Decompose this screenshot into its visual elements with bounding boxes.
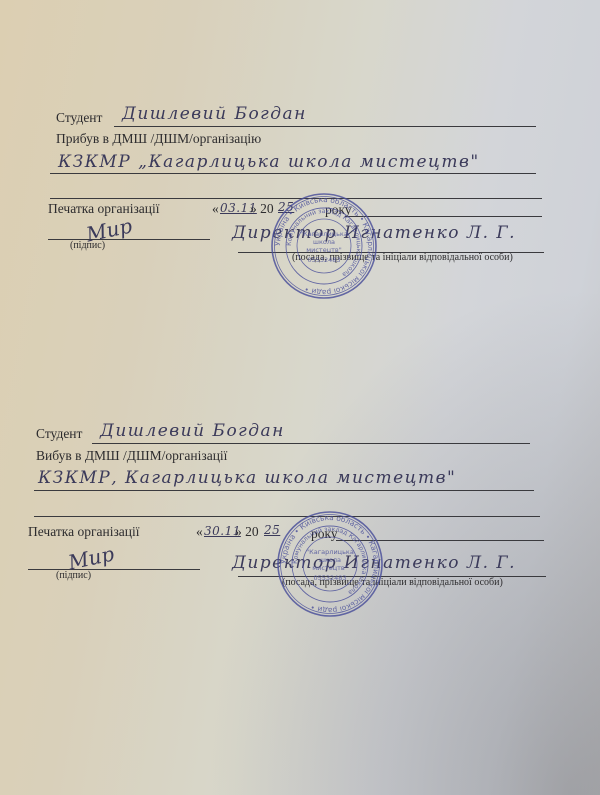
svg-text:05532483: 05532483	[307, 256, 340, 264]
organization-stamp: Україна • Київська область • Кагарлицько…	[276, 510, 384, 618]
svg-text:школа: школа	[313, 238, 335, 246]
svg-text:мистецтв": мистецтв"	[306, 246, 342, 254]
date-open: «	[196, 524, 203, 540]
svg-text:05532483: 05532483	[313, 574, 346, 582]
student-label: Студент	[36, 426, 82, 442]
departure-organization: КЗКМР, Кагарлицька школа мистецтв"	[38, 468, 456, 488]
arrival-label: Прибув в ДМШ /ДШМ/організацію	[56, 131, 261, 147]
stamp-label: Печатка організації	[28, 524, 140, 540]
student-label: Студент	[56, 110, 102, 126]
arrival-organization: КЗКМР „Кагарлицька школа мистецтв"	[58, 152, 480, 172]
signature-caption: (підпис)	[56, 570, 91, 581]
svg-text:"Кагарлицька: "Кагарлицька	[306, 548, 354, 556]
svg-text:мистецтв": мистецтв"	[312, 564, 348, 572]
organization-line-1	[50, 173, 536, 174]
signature-line	[28, 569, 200, 570]
student-line	[92, 443, 530, 444]
date-century: » 20	[235, 524, 259, 540]
svg-text:школа: школа	[319, 556, 341, 564]
student-line	[114, 126, 536, 127]
signature-caption: (підпис)	[70, 240, 105, 251]
student-name: Дишлевий Богдан	[122, 104, 307, 124]
svg-text:"Кагарлицька: "Кагарлицька	[300, 230, 348, 238]
departure-label: Вибув в ДМШ /ДШМ/організації	[36, 448, 227, 464]
student-name: Дишлевий Богдан	[100, 421, 285, 441]
organization-line-1	[34, 490, 534, 491]
organization-stamp: Україна • Київська область • Кагарлицько…	[270, 192, 378, 300]
stamp-label: Печатка організації	[48, 201, 160, 217]
date-open: «	[212, 201, 219, 217]
